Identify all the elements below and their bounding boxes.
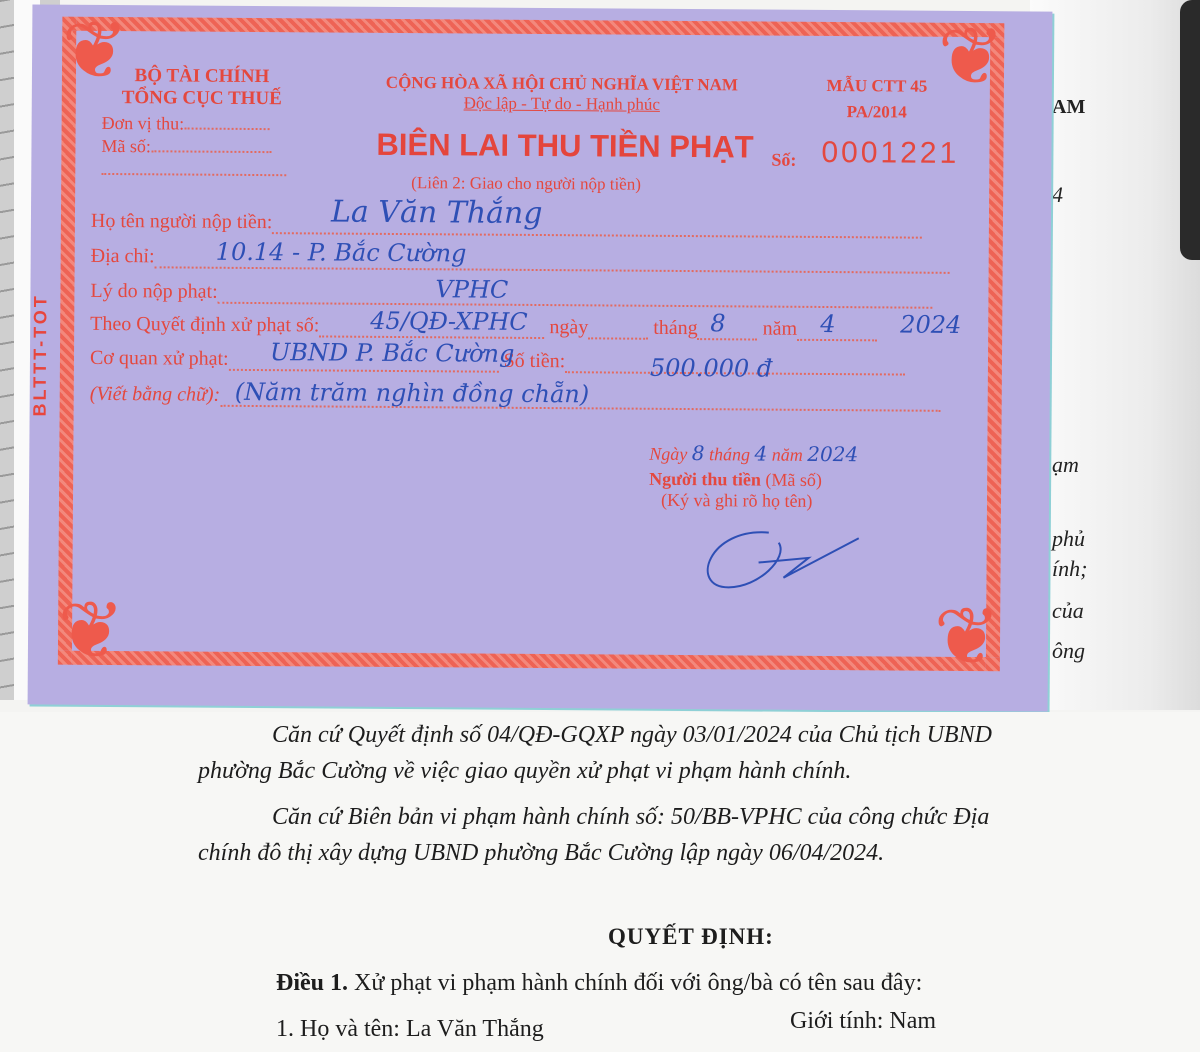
ornament-corner-icon: ❦ [46,587,137,678]
nation-name: CỘNG HÒA XÃ HỘI CHỦ NGHĨA VIỆT NAM [367,73,757,96]
unit-label: Đơn vị thu: [102,113,185,134]
form-code-block: MẪU CTT 45 PA/2014 [787,76,967,123]
name-value: La Văn Thắng [406,1016,544,1042]
basis-para2-line2: chính đô thị xây dựng UBND phường Bắc Cư… [198,840,884,867]
sign-day: 8 [692,441,705,465]
sign-year: 2024 [807,442,858,466]
department-name: TỔNG CỤC THUẾ [102,87,302,110]
ministry-name: BỘ TÀI CHÍNH [102,65,302,88]
background-document-edge: AM 4 ạm phủ ính; của ông [1030,0,1200,710]
collector-label: Người thu tiền [649,469,761,490]
copy-note: (Liên 2: Giao cho người nộp tiền) [411,173,641,195]
day-handwritten: 8 [710,309,725,337]
nation-header: CỘNG HÒA XÃ HỘI CHỦ NGHĨA VIỆT NAM Độc l… [367,73,757,116]
signature-scribble-icon [688,517,889,598]
month-handwritten: 4 [820,310,835,338]
fragment-text: ông [1052,638,1085,664]
payer-label: Họ tên người nộp tiền: [91,210,273,233]
article-text: Xử phạt vi phạm hành chính đối với ông/b… [354,970,922,996]
sign-day-label: Ngày [649,444,687,464]
fine-receipt: BLTTT-TOT ❦ ❦ ❦ ❦ BỘ TÀI CHÍNH TỔNG CỤC … [28,4,1053,711]
unit-field: Đơn vị thu: [102,111,302,135]
reason-label: Lý do nộp phạt: [90,280,217,303]
agency-handwritten: UBND P. Bắc Cường [270,338,515,368]
decision-heading: QUYẾT ĐỊNH: [608,924,774,950]
serial-number: 0001221 [821,136,959,171]
day-label: ngày [549,316,588,338]
nation-motto: Độc lập - Tự do - Hạnh phúc [367,93,757,116]
decision-handwritten: 45/QĐ-XPHC [370,307,528,336]
name-label: 1. Họ và tên: [276,1016,400,1042]
fragment-text: của [1052,598,1084,624]
article-label: Điều 1. [276,970,348,996]
article-1: Điều 1. Xử phạt vi phạm hành chính đối v… [276,970,922,997]
address-handwritten: 10.14 - P. Bắc Cường [216,238,467,268]
code-dots [151,134,271,153]
sign-note: (Ký và ghi rõ họ tên) [661,490,969,513]
decision-label: Theo Quyết định xử phạt số: [90,313,319,337]
serial-label: Số: [771,150,796,171]
address-label: Địa chỉ: [91,245,155,267]
collector-code: (Mã số) [765,470,822,490]
fragment-text: 4 [1052,182,1063,208]
fragment-text: phủ [1052,526,1085,552]
unit-dots [184,112,269,131]
issuer-block: BỘ TÀI CHÍNH TỔNG CỤC THUẾ Đơn vị thu: M… [101,65,302,182]
collector-line: Người thu tiền (Mã số) [649,469,969,492]
person-name-line: 1. Họ và tên: La Văn Thắng [276,1016,544,1043]
month-line [698,338,758,340]
receipt-title: BIÊN LAI THU TIỀN PHẠT [376,127,753,166]
month-label: tháng [653,317,698,339]
amount-handwritten: 500.000 đ [650,354,772,383]
fragment-text: ính; [1052,556,1087,582]
gender-line: Giới tính: Nam [790,1008,936,1035]
fragment-text: ạm [1052,452,1079,478]
sign-month-label: tháng [709,444,750,464]
basis-para2-line1: Căn cứ Biên bản vi phạm hành chính số: 5… [272,804,989,831]
blank-line [101,157,301,182]
ornament-corner-icon: ❦ [922,593,1013,684]
fragment-text: AM [1052,96,1085,119]
code-field: Mã số: [101,134,301,158]
agency-label: Cơ quan xử phạt: [90,347,229,370]
year-handwritten: 2024 [900,311,961,339]
gender-label: Giới tính: [790,1008,883,1034]
form-series: PA/2014 [787,102,967,123]
year-label: năm [763,318,798,340]
sign-date: Ngày 8 tháng 4 năm 2024 [649,441,969,467]
gender-value: Nam [889,1008,936,1034]
sign-year-label: năm [772,445,803,465]
words-label: (Viết bằng chữ): [90,383,221,406]
payer-handwritten: La Văn Thắng [331,195,543,231]
basis-para1-line1: Căn cứ Quyết định số 04/QĐ-GQXP ngày 03/… [272,722,992,749]
sign-month: 4 [755,442,768,466]
basis-para1-line2: phường Bắc Cường về việc giao quyền xử p… [198,758,851,785]
reason-handwritten: VPHC [435,275,508,304]
blank-dots [101,157,286,176]
day-line [588,337,648,339]
background-dark-object [1180,0,1200,260]
form-number: MẪU CTT 45 [787,76,967,97]
code-label: Mã số: [101,136,151,156]
words-handwritten: (Năm trăm nghìn đồng chẵn) [235,378,590,408]
decision-document: Căn cứ Quyết định số 04/QĐ-GQXP ngày 03/… [0,712,1200,1052]
signature-block: Ngày 8 tháng 4 năm 2024 Người thu tiền (… [648,441,969,604]
